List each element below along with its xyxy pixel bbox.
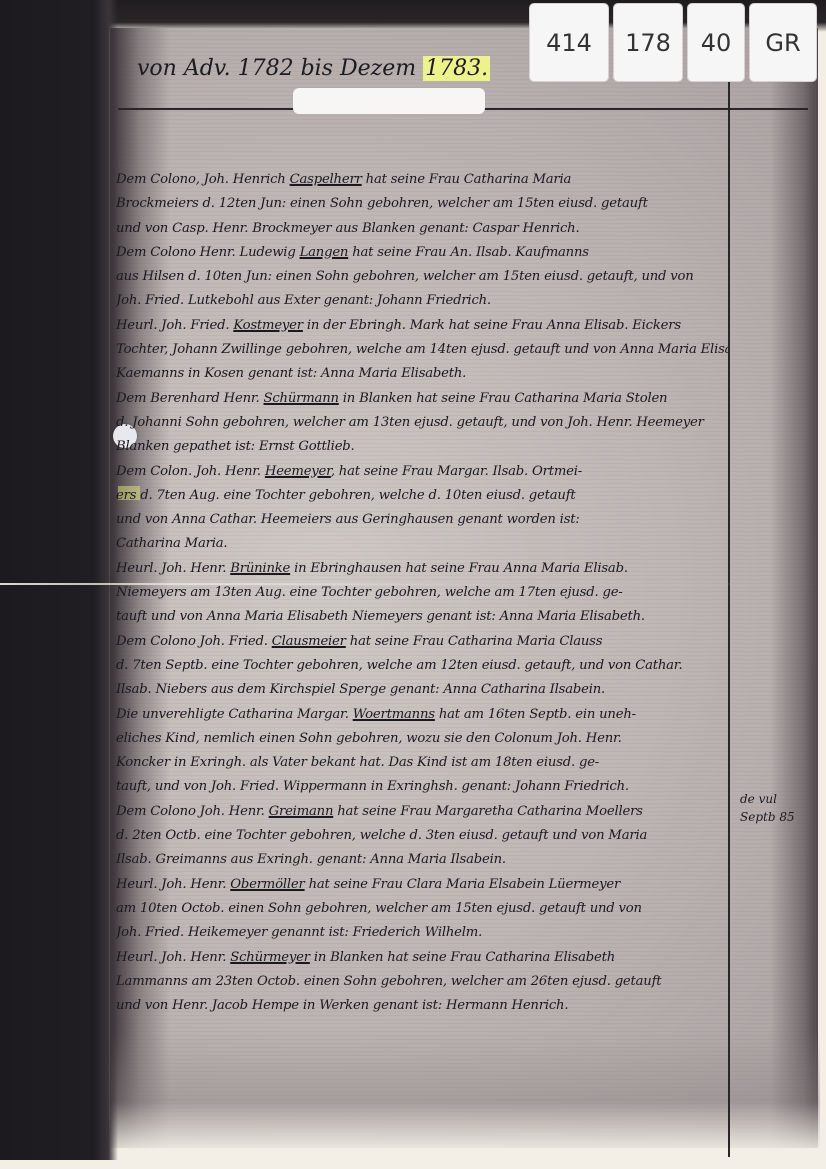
baptism-entry: Dem Colono Joh. Fried. Clausmeier hat se… xyxy=(116,630,728,703)
entry-line: Ilsab. Niebers aus dem Kirchspiel Sperge… xyxy=(116,678,728,702)
entry-text: Heurl. Joh. Fried. xyxy=(116,318,233,333)
entry-text: in Blanken hat seine Frau Catharina Elis… xyxy=(310,950,615,965)
baptism-entry: Dem Colon. Joh. Henr. Heemeyer, hat sein… xyxy=(116,460,728,557)
entry-text: hat seine Frau Clara Maria Elsabein Lüer… xyxy=(305,877,620,892)
entry-line: Kaemanns in Kosen genant ist: Anna Maria… xyxy=(116,362,728,386)
entry-text: in der Ebringh. Mark hat seine Frau Anna… xyxy=(303,318,681,333)
archive-label-strip: 414 178 40 GR xyxy=(529,3,822,80)
entry-line: und von Henr. Jacob Hempe in Werken gena… xyxy=(116,994,728,1018)
scan-border-left xyxy=(0,0,118,1160)
baptism-entry: Dem Berenhard Henr. Schürmann in Blanken… xyxy=(116,387,728,460)
archive-label: GR xyxy=(749,3,817,82)
family-name: Schürmeyer xyxy=(230,950,310,965)
entry-line: Dem Colono Joh. Fried. Clausmeier hat se… xyxy=(116,630,728,654)
entry-line: Lammanns am 23ten Octob. einen Sohn gebo… xyxy=(116,970,728,994)
entry-text: Die unverehligte Catharina Margar. xyxy=(116,707,353,722)
entry-text: eliches Kind, nemlich einen Sohn gebohre… xyxy=(116,731,622,746)
entry-line: Dem Colono, Joh. Henrich Caspelherr hat … xyxy=(116,168,728,192)
entry-line: und von Casp. Henr. Brockmeyer aus Blank… xyxy=(116,217,728,241)
family-name: Schürmann xyxy=(264,391,339,406)
entry-line: und von Anna Cathar. Heemeiers aus Gerin… xyxy=(116,508,728,532)
entry-text: tauft, und von Joh. Fried. Wippermann in… xyxy=(116,779,629,794)
entry-text: Brockmeiers d. 12ten Jun: einen Sohn geb… xyxy=(116,196,648,211)
entry-text: und von Henr. Jacob Hempe in Werken gena… xyxy=(116,998,568,1013)
entry-text: Catharina Maria. xyxy=(116,536,227,551)
baptism-entry: Heurl. Joh. Henr. Obermöller hat seine F… xyxy=(116,873,728,946)
baptism-entry: Heurl. Joh. Fried. Kostmeyer in der Ebri… xyxy=(116,314,728,387)
heading-year: 1783. xyxy=(423,56,490,81)
entry-line: Blanken gepathet ist: Ernst Gottlieb. xyxy=(116,435,728,459)
entry-line: Heurl. Joh. Henr. Brüninke in Ebringhaus… xyxy=(116,557,728,581)
entry-line: Dem Colon. Joh. Henr. Heemeyer, hat sein… xyxy=(116,460,728,484)
entry-line: tauft, und von Joh. Fried. Wippermann in… xyxy=(116,775,728,799)
entry-text: d. Johanni Sohn gebohren, welcher am 13t… xyxy=(116,415,704,430)
entry-text: Tochter, Johann Zwillinge gebohren, welc… xyxy=(116,342,728,357)
entry-text: , hat seine Frau Margar. Ilsab. Ortmei- xyxy=(331,464,582,479)
entry-line: Brockmeiers d. 12ten Jun: einen Sohn geb… xyxy=(116,192,728,216)
entry-text: Joh. Fried. Heikemeyer genannt ist: Frie… xyxy=(116,925,482,940)
page-heading: von Adv. 1782 bis Dezem 1783. xyxy=(137,56,490,81)
entry-line: tauft und von Anna Maria Elisabeth Nieme… xyxy=(116,605,728,629)
family-name: Heemeyer xyxy=(265,464,331,479)
entry-text: Dem Colon. Joh. Henr. xyxy=(116,464,265,479)
entry-line: Niemeyers am 13ten Aug. eine Tochter geb… xyxy=(116,581,728,605)
margin-note-line: de vul xyxy=(740,790,795,808)
entry-text: hat am 16ten Septb. ein uneh- xyxy=(435,707,636,722)
entry-text: tauft und von Anna Maria Elisabeth Nieme… xyxy=(116,609,645,624)
entry-text: Blanken gepathet ist: Ernst Gottlieb. xyxy=(116,439,355,454)
margin-note-line: Septb 85 xyxy=(740,808,795,826)
entry-line: Tochter, Johann Zwillinge gebohren, welc… xyxy=(116,338,728,362)
baptism-entry: Die unverehligte Catharina Margar. Woert… xyxy=(116,703,728,800)
entry-text: Niemeyers am 13ten Aug. eine Tochter geb… xyxy=(116,585,623,600)
family-name: Langen xyxy=(300,245,349,260)
baptism-entry: Dem Colono, Joh. Henrich Caspelherr hat … xyxy=(116,168,728,241)
baptism-entry: Dem Colono Henr. Ludewig Langen hat sein… xyxy=(116,241,728,314)
blank-sticker xyxy=(293,88,485,114)
entry-line: Heurl. Joh. Henr. Obermöller hat seine F… xyxy=(116,873,728,897)
register-entries: Dem Colono, Joh. Henrich Caspelherr hat … xyxy=(116,168,728,1018)
entry-text: Ilsab. Niebers aus dem Kirchspiel Sperge… xyxy=(116,682,605,697)
entry-text: hat seine Frau An. Ilsab. Kaufmanns xyxy=(348,245,589,260)
entry-text: Heurl. Joh. Henr. xyxy=(116,877,230,892)
entry-line: aus Hilsen d. 10ten Jun: einen Sohn gebo… xyxy=(116,265,728,289)
baptism-entry: Heurl. Joh. Henr. Brüninke in Ebringhaus… xyxy=(116,557,728,630)
entry-line: am 10ten Octob. einen Sohn gebohren, wel… xyxy=(116,897,728,921)
baptism-entry: Dem Colono Joh. Henr. Greimann hat seine… xyxy=(116,800,728,873)
family-name: Greimann xyxy=(269,804,334,819)
entry-text: Dem Colono, Joh. Henrich xyxy=(116,172,290,187)
entry-text: d. 2ten Octb. eine Tochter gebohren, wel… xyxy=(116,828,647,843)
entry-text: Dem Colono Joh. Fried. xyxy=(116,634,272,649)
entry-text: Dem Colono Henr. Ludewig xyxy=(116,245,300,260)
entry-text: und von Casp. Henr. Brockmeyer aus Blank… xyxy=(116,221,579,236)
family-name: Brüninke xyxy=(230,561,290,576)
archive-label: 414 xyxy=(529,3,609,82)
entry-line: Dem Berenhard Henr. Schürmann in Blanken… xyxy=(116,387,728,411)
heading-prefix: von Adv. 1782 bis Dezem xyxy=(137,56,416,81)
entry-text: Lammanns am 23ten Octob. einen Sohn gebo… xyxy=(116,974,661,989)
entry-text: Heurl. Joh. Henr. xyxy=(116,561,230,576)
entry-line: d. Johanni Sohn gebohren, welcher am 13t… xyxy=(116,411,728,435)
entry-text: Joh. Fried. Lutkebohl aus Exter genant: … xyxy=(116,293,491,308)
page-bottom-fade xyxy=(110,1030,820,1150)
entry-text: Dem Berenhard Henr. xyxy=(116,391,264,406)
entry-text: in Ebringhausen hat seine Frau Anna Mari… xyxy=(290,561,628,576)
entry-line: Heurl. Joh. Henr. Schürmeyer in Blanken … xyxy=(116,946,728,970)
family-name: Obermöller xyxy=(230,877,304,892)
entry-text: am 10ten Octob. einen Sohn gebohren, wel… xyxy=(116,901,642,916)
entry-text: aus Hilsen d. 10ten Jun: einen Sohn gebo… xyxy=(116,269,694,284)
entry-line: Koncker in Exringh. als Vater bekant hat… xyxy=(116,751,728,775)
entry-text: hat seine Frau Margaretha Catharina Moel… xyxy=(333,804,642,819)
entry-text: hat seine Frau Catharina Maria Clauss xyxy=(346,634,603,649)
entry-text: Dem Colono Joh. Henr. xyxy=(116,804,269,819)
family-name: Kostmeyer xyxy=(233,318,303,333)
entry-line: Catharina Maria. xyxy=(116,532,728,556)
entry-text: Kaemanns in Kosen genant ist: Anna Maria… xyxy=(116,366,466,381)
family-name: Woertmanns xyxy=(353,707,435,722)
archive-label: 40 xyxy=(687,3,745,82)
entry-line: d. 7ten Septb. eine Tochter gebohren, we… xyxy=(116,654,728,678)
entry-text: Koncker in Exringh. als Vater bekant hat… xyxy=(116,755,599,770)
entry-line: Joh. Fried. Heikemeyer genannt ist: Frie… xyxy=(116,921,728,945)
entry-line: Heurl. Joh. Fried. Kostmeyer in der Ebri… xyxy=(116,314,728,338)
entry-line: ers d. 7ten Aug. eine Tochter gebohren, … xyxy=(116,484,728,508)
entry-text: d. 7ten Septb. eine Tochter gebohren, we… xyxy=(116,658,682,673)
entry-text: Heurl. Joh. Henr. xyxy=(116,950,230,965)
entry-line: Die unverehligte Catharina Margar. Woert… xyxy=(116,703,728,727)
entry-line: Joh. Fried. Lutkebohl aus Exter genant: … xyxy=(116,289,728,313)
archive-label: 178 xyxy=(613,3,683,82)
entry-line: Dem Colono Henr. Ludewig Langen hat sein… xyxy=(116,241,728,265)
entry-text: ers d. 7ten Aug. eine Tochter gebohren, … xyxy=(116,488,576,503)
margin-note: de vul Septb 85 xyxy=(740,790,795,826)
entry-text: und von Anna Cathar. Heemeiers aus Gerin… xyxy=(116,512,580,527)
entry-line: Dem Colono Joh. Henr. Greimann hat seine… xyxy=(116,800,728,824)
entry-line: eliches Kind, nemlich einen Sohn gebohre… xyxy=(116,727,728,751)
entry-line: d. 2ten Octb. eine Tochter gebohren, wel… xyxy=(116,824,728,848)
entry-text: Ilsab. Greimanns aus Exringh. genant: An… xyxy=(116,852,506,867)
family-name: Caspelherr xyxy=(290,172,362,187)
family-name: Clausmeier xyxy=(272,634,346,649)
entry-text: in Blanken hat seine Frau Catharina Mari… xyxy=(339,391,668,406)
entry-text: hat seine Frau Catharina Maria xyxy=(362,172,572,187)
baptism-entry: Heurl. Joh. Henr. Schürmeyer in Blanken … xyxy=(116,946,728,1019)
page-shadow-right xyxy=(770,28,818,1148)
margin-rule xyxy=(728,82,730,1157)
entry-line: Ilsab. Greimanns aus Exringh. genant: An… xyxy=(116,848,728,872)
